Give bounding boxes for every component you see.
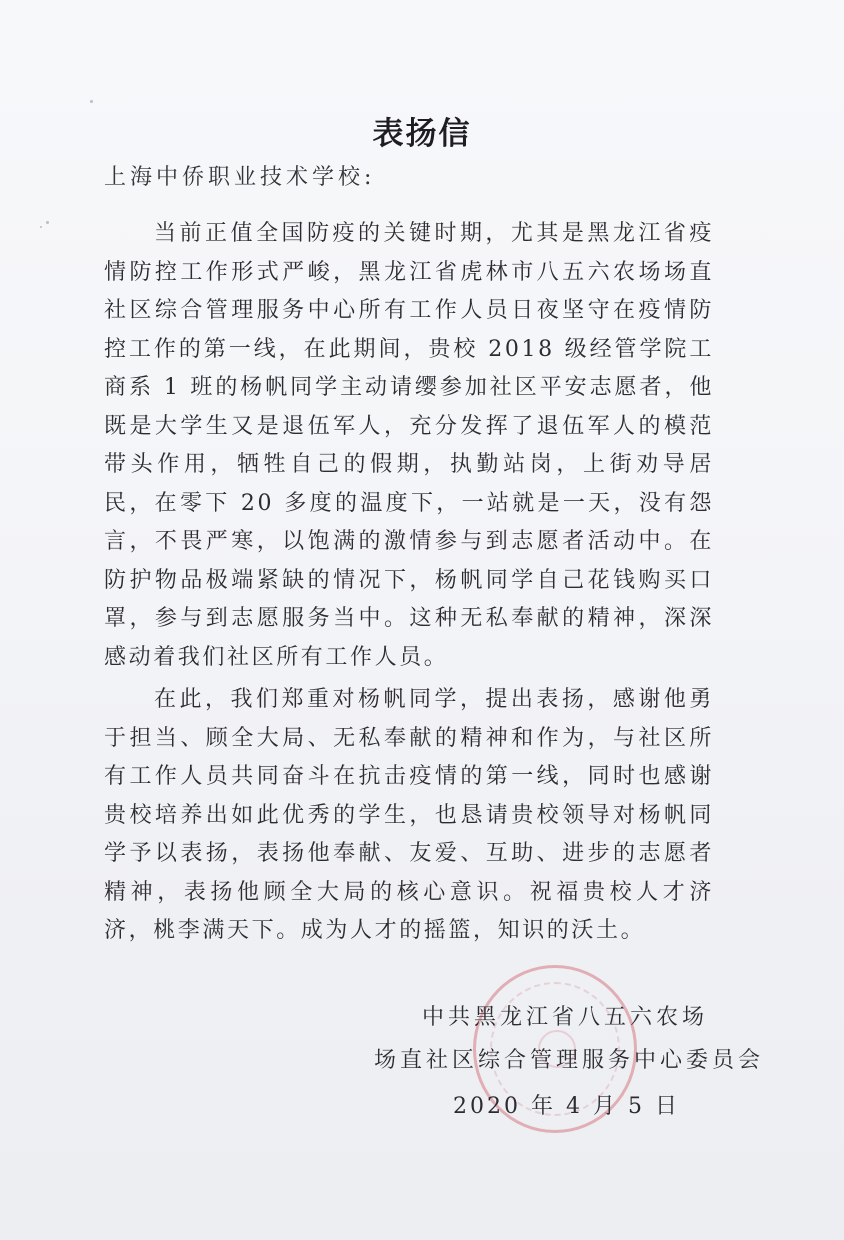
paper-speck (90, 100, 93, 103)
letter-title: 表扬信 (0, 108, 844, 153)
letter-page: 表扬信 上海中侨职业技术学校: 当前正值全国防疫的关键时期，尤其是黑龙江省疫情防… (0, 0, 844, 1240)
letter-salutation: 上海中侨职业技术学校: (104, 160, 375, 191)
paper-speck (40, 226, 42, 228)
signature-organization-line-2: 场直社区综合管理服务中心委员会 (374, 1043, 764, 1074)
letter-paragraph-1: 当前正值全国防疫的关键时期，尤其是黑龙江省疫情防控工作形式严峻，黑龙江省虎林市八… (104, 215, 714, 677)
letter-paragraph-2: 在此，我们郑重对杨帆同学，提出表扬，感谢他勇于担当、顾全大局、无私奉献的精神和作… (104, 681, 714, 951)
signature-date: 2020 年 4 月 5 日 (453, 1089, 680, 1120)
signature-organization-line-1: 中共黑龙江省八五六农场 (422, 1000, 708, 1031)
paper-speck (46, 221, 49, 224)
